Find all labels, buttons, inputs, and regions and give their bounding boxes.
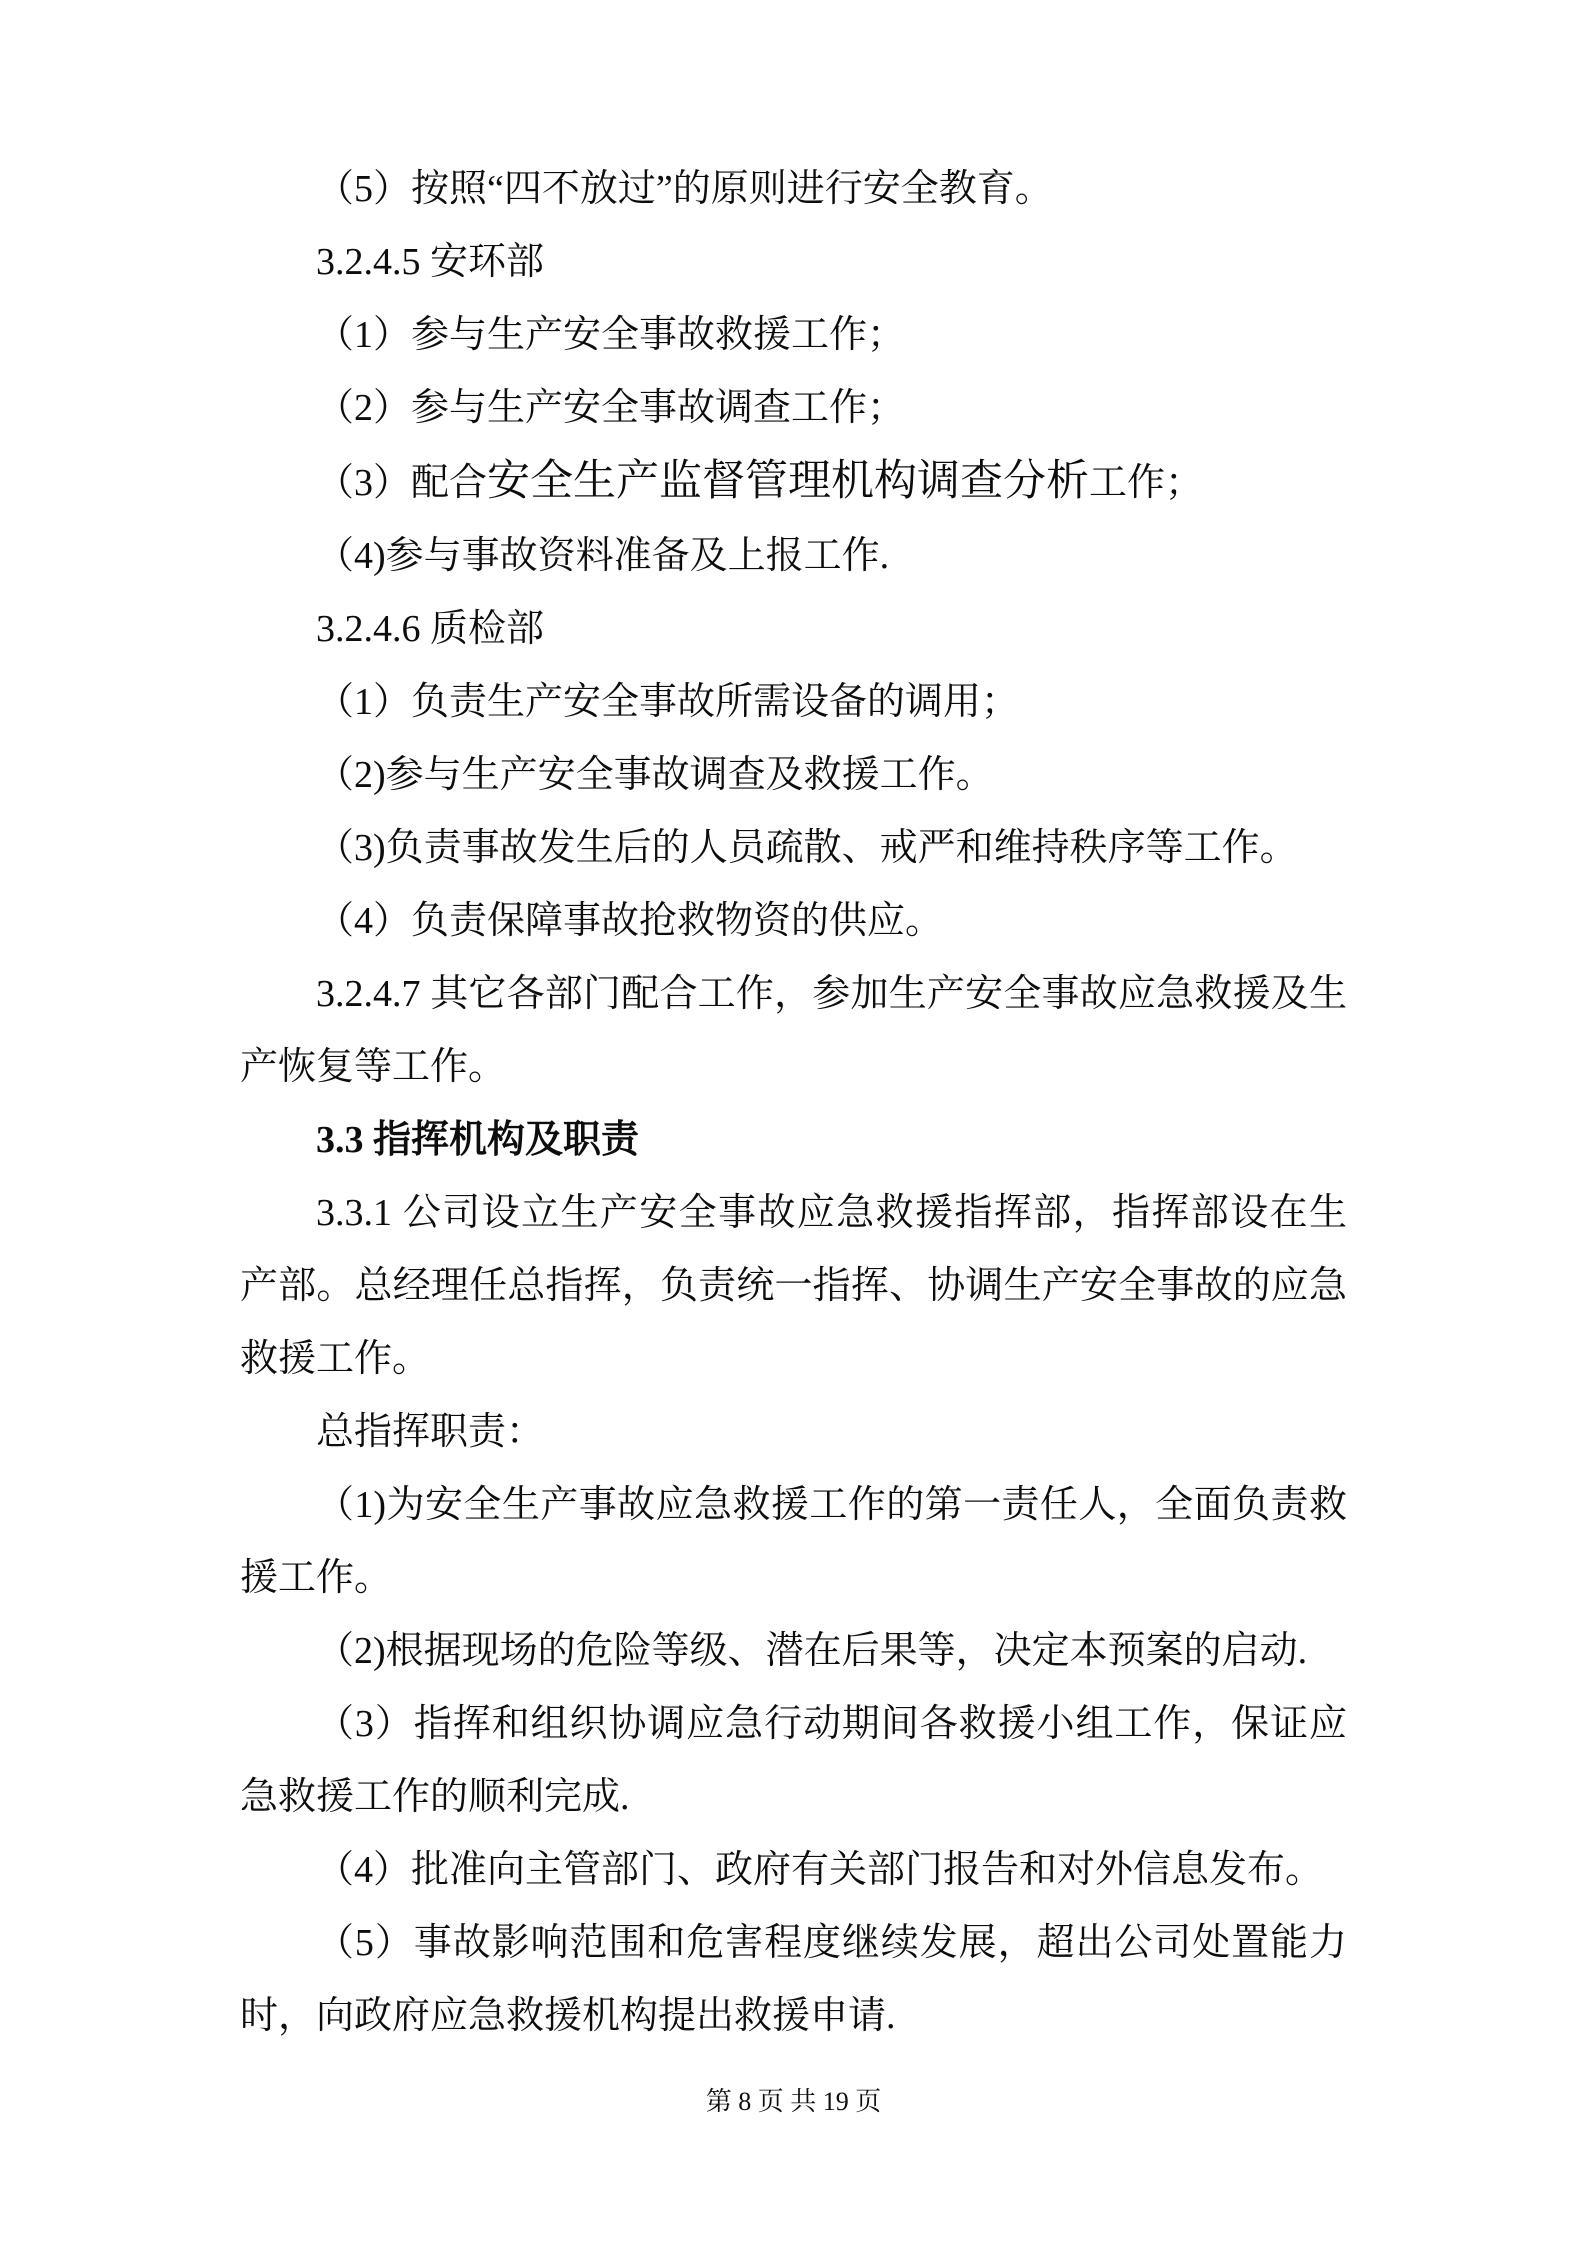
paragraph-commander-duties-label: 总指挥职责： <box>240 1396 1347 1469</box>
paragraph-item-1-rescue-work: （1）参与生产安全事故救援工作； <box>240 299 1347 372</box>
paragraph-duty-5-government-request: （5）事故影响范围和危害程度继续发展，超出公司处置能力时，向政府应急救援机构提出… <box>240 1907 1347 2053</box>
paragraph-item-4-material-report: （4)参与事故资料准备及上报工作. <box>240 520 1347 593</box>
text-run-large: 安全生产监督管理机构调查分析 <box>487 458 1089 505</box>
page-number-footer: 第 8 页 共 19 页 <box>0 2082 1587 2122</box>
paragraph-item-1-equipment-dispatch: （1）负责生产安全事故所需设备的调用； <box>240 666 1347 739</box>
paragraph-item-3-evacuation-order: （3)负责事故发生后的人员疏散、戒严和维持秩序等工作。 <box>240 812 1347 885</box>
heading-3-2-4-6: 3.2.4.6 质检部 <box>240 593 1347 666</box>
heading-3-2-4-5: 3.2.4.5 安环部 <box>240 226 1347 299</box>
paragraph-duty-3-coordinate-groups: （3）指挥和组织协调应急行动期间各救援小组工作，保证应急救援工作的顺利完成. <box>240 1688 1347 1834</box>
paragraph-item-2-investigation-rescue: （2)参与生产安全事故调查及救援工作。 <box>240 739 1347 812</box>
text-run-normal: （3）配合 <box>316 462 487 504</box>
paragraph-item-2-investigation-work: （2）参与生产安全事故调查工作； <box>240 372 1347 445</box>
section-heading-3-3: 3.3 指挥机构及职责 <box>240 1104 1347 1177</box>
paragraph-3-3-1-command-setup: 3.3.1 公司设立生产安全事故应急救援指挥部，指挥部设在生产部。总经理任总指挥… <box>240 1177 1347 1396</box>
paragraph-3-2-4-7-other-departments: 3.2.4.7 其它各部门配合工作，参加生产安全事故应急救援及生产恢复等工作。 <box>240 958 1347 1104</box>
text-run-normal: 工作； <box>1089 462 1203 504</box>
paragraph-duty-4-approve-reports: （4）批准向主管部门、政府有关部门报告和对外信息发布。 <box>240 1834 1347 1907</box>
paragraph-item-4-supply-guarantee: （4）负责保障事故抢救物资的供应。 <box>240 885 1347 958</box>
paragraph-item-5-safety-education: （5）按照“四不放过”的原则进行安全教育。 <box>240 153 1347 226</box>
paragraph-duty-2-plan-activation: （2)根据现场的危险等级、潜在后果等，决定本预案的启动. <box>240 1615 1347 1688</box>
paragraph-item-3-cooperate-authority: （3）配合安全生产监督管理机构调查分析工作； <box>240 445 1347 520</box>
paragraph-duty-1-first-responsible: （1)为安全生产事故应急救援工作的第一责任人，全面负责救援工作。 <box>240 1469 1347 1615</box>
document-page: （5）按照“四不放过”的原则进行安全教育。 3.2.4.5 安环部 （1）参与生… <box>0 0 1587 2245</box>
